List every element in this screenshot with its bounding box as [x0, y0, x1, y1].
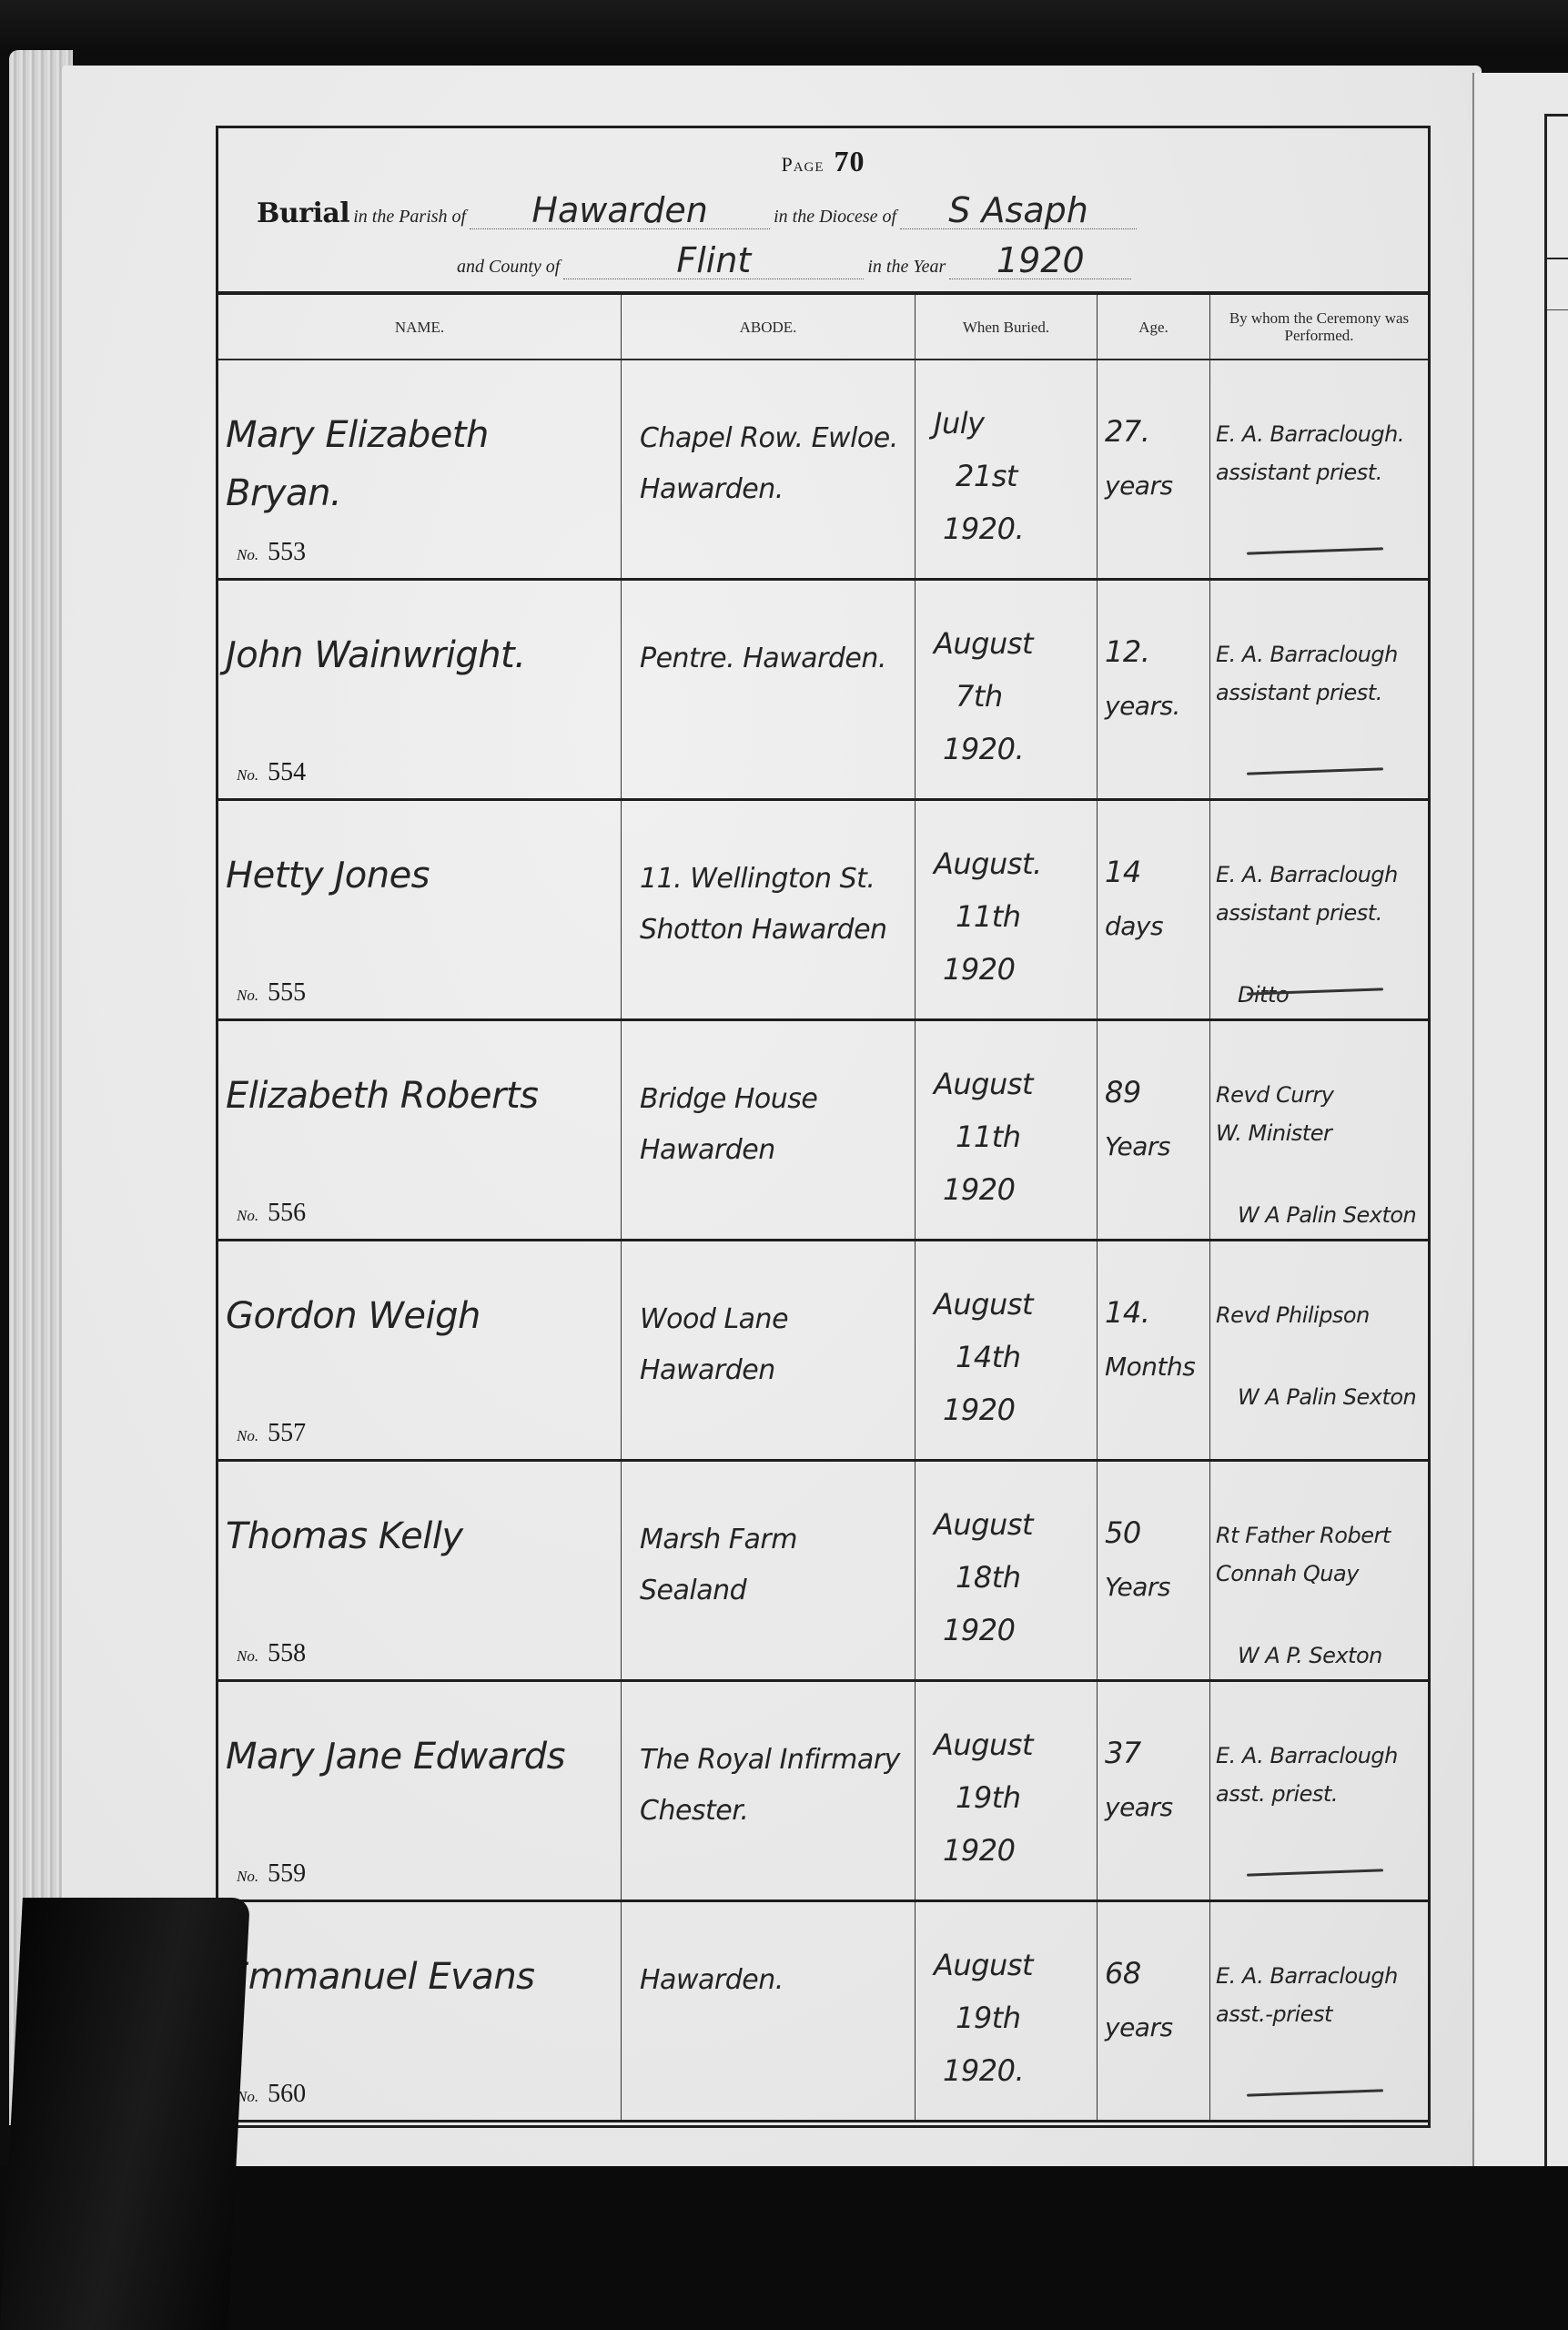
page-label: Page	[781, 153, 824, 176]
entry-number-label: No.	[237, 1207, 258, 1224]
deceased-name: Emmanuel Evans	[226, 1948, 613, 2006]
sexton: W A P. Sexton	[1216, 1636, 1426, 1675]
scanned-register-scene: Page 70 Burial in the Parish of Hawarden…	[0, 0, 1568, 2330]
burial-date: August14th1920	[934, 1278, 1093, 1436]
name-cell: John Wainwright. No.554	[218, 581, 622, 798]
table-row: Emmanuel Evans No.560 Hawarden. August19…	[218, 1902, 1428, 2122]
burial-year: 1920	[934, 1824, 1093, 1877]
entry-number: No.560	[237, 2080, 306, 2109]
burial-month: July	[934, 406, 985, 441]
burial-year: 1920.	[934, 2044, 1093, 2097]
age-value: 50	[1105, 1515, 1141, 1550]
sexton: W A Palin Sexton	[1216, 1196, 1426, 1234]
officiant-cell: E. A. Barracloughasst.-priest	[1210, 1902, 1428, 2120]
age-unit: Years	[1105, 1560, 1208, 1615]
table-row: Mary Elizabeth Bryan. No.553 Chapel Row.…	[218, 360, 1428, 581]
age-cell: 37years	[1098, 1682, 1210, 1899]
column-headers: NAME. ABODE. When Buried. Age. By whom t…	[218, 295, 1428, 360]
abode-cell: The Royal Infirmary Chester.	[622, 1682, 916, 1899]
burial-month: August	[934, 626, 1033, 661]
when-buried-cell: July21st1920.	[916, 360, 1098, 578]
officiant: E. A. Barracloughasst.-priest	[1216, 1957, 1426, 2077]
name-cell: Gordon Weigh No.557	[218, 1241, 622, 1459]
signature-underline	[1247, 547, 1383, 554]
officiant-cell: Revd CurryW. MinisterW A Palin Sexton	[1210, 1021, 1428, 1239]
age-cell: 14days	[1098, 801, 1210, 1018]
name-cell: Mary Jane Edwards No.559	[218, 1682, 622, 1899]
abode-cell: Wood Lane Hawarden	[622, 1241, 916, 1459]
register-entries: Mary Elizabeth Bryan. No.553 Chapel Row.…	[218, 360, 1428, 2122]
entry-number-value: 554	[268, 758, 306, 786]
age: 68years	[1105, 1946, 1208, 2055]
officiant: Rt Father RobertConnah QuayW A P. Sexton	[1216, 1516, 1426, 1675]
burial-month: August	[934, 1727, 1033, 1762]
officiant: E. A. Barracloughasst. priest.	[1216, 1737, 1426, 1857]
heading-line-parish: Burial in the Parish of Hawarden in the …	[257, 192, 1410, 247]
entry-number-label: No.	[237, 987, 258, 1004]
age-cell: 14.Months	[1098, 1241, 1210, 1459]
entry-number-label: No.	[237, 546, 258, 563]
when-buried-cell: August14th1920	[916, 1241, 1098, 1459]
officiant-name: E. A. Barraclough	[1216, 1963, 1398, 1989]
officiant-name: E. A. Barraclough.	[1216, 421, 1404, 447]
age-unit: Months	[1105, 1340, 1208, 1394]
county-label: and County of	[457, 257, 560, 277]
age-value: 68	[1105, 1956, 1141, 1991]
deceased-name: Thomas Kelly	[226, 1507, 613, 1565]
burial-date: August7th1920.	[934, 617, 1093, 775]
record-type: Burial	[257, 198, 349, 229]
burial-date: August18th1920	[934, 1498, 1093, 1656]
facing-page-rule	[1547, 309, 1568, 310]
heading-line-county: and County of Flint in the Year 1920	[457, 242, 1410, 297]
burial-year: 1920	[934, 943, 1093, 996]
entry-number-value: 556	[268, 1199, 306, 1227]
burial-date: August.11th1920	[934, 837, 1093, 996]
age-value: 14	[1105, 855, 1141, 889]
officiant-role: Connah Quay	[1216, 1555, 1426, 1593]
age-unit: Years	[1105, 1119, 1208, 1174]
officiant: Revd PhilipsonW A Palin Sexton	[1216, 1296, 1426, 1416]
abode-cell: Pentre. Hawarden.	[622, 581, 916, 798]
column-header-abode: ABODE.	[622, 295, 916, 359]
entry-number-value: 555	[268, 978, 306, 1007]
burial-month: August	[934, 1067, 1033, 1101]
officiant-role: assistant priest.	[1216, 453, 1426, 491]
burial-year: 1920	[934, 1163, 1093, 1216]
entry-number-value: 560	[268, 2080, 306, 2108]
age: 12.years.	[1105, 624, 1208, 734]
entry-number: No.558	[237, 1639, 306, 1668]
entry-number-label: No.	[237, 1427, 258, 1444]
age-value: 12.	[1105, 634, 1149, 669]
age: 37years	[1105, 1726, 1208, 1835]
signature-underline	[1247, 2089, 1383, 2096]
page-number-value: 70	[835, 145, 865, 177]
entry-number-label: No.	[237, 1868, 258, 1885]
entry-number-value: 553	[268, 538, 306, 566]
when-buried-cell: August11th1920	[916, 1021, 1098, 1239]
officiant-cell: E. A. Barracloughassistant priest.Ditto	[1210, 801, 1428, 1018]
officiant-cell: E. A. Barraclough.assistant priest.	[1210, 360, 1428, 578]
age: 27.years	[1105, 404, 1208, 513]
burial-date: August11th1920	[934, 1058, 1093, 1216]
when-buried-cell: August7th1920.	[916, 581, 1098, 798]
name-cell: Mary Elizabeth Bryan. No.553	[218, 360, 622, 578]
year-label: in the Year	[867, 257, 946, 277]
diocese-label: in the Diocese of	[774, 207, 896, 227]
burial-year: 1920.	[934, 502, 1093, 555]
entry-number: No.553	[237, 538, 306, 567]
name-cell: Emmanuel Evans No.560	[218, 1902, 622, 2120]
table-row: John Wainwright. No.554 Pentre. Hawarden…	[218, 581, 1428, 801]
entry-number-value: 557	[268, 1419, 306, 1447]
age-unit: years	[1105, 459, 1208, 513]
name-cell: Thomas Kelly No.558	[218, 1462, 622, 1679]
entry-number-label: No.	[237, 1647, 258, 1665]
officiant: E. A. Barraclough.assistant priest.	[1216, 415, 1426, 535]
name-cell: Hetty Jones No.555	[218, 801, 622, 1018]
burial-day: 21st	[934, 450, 1093, 502]
age-unit: days	[1105, 899, 1208, 954]
burial-year: 1920.	[934, 723, 1093, 775]
facing-page-rule	[1547, 258, 1568, 259]
column-header-name: NAME.	[218, 295, 622, 359]
officiant-name: Revd Curry	[1216, 1082, 1333, 1108]
deceased-name: Gordon Weigh	[226, 1287, 613, 1345]
table-row: Hetty Jones No.555 11. Wellington St. Sh…	[218, 801, 1428, 1021]
entry-number: No.555	[237, 978, 306, 1008]
page-number: Page 70	[218, 145, 1428, 178]
age-value: 27.	[1105, 414, 1149, 449]
burial-year: 1920	[934, 1604, 1093, 1656]
age: 14days	[1105, 845, 1208, 954]
table-row: Thomas Kelly No.558 Marsh Farm Sealand A…	[218, 1462, 1428, 1682]
deceased-name: Mary Elizabeth Bryan.	[226, 406, 613, 522]
county-value: Flint	[563, 242, 864, 279]
officiant-cell: Revd PhilipsonW A Palin Sexton	[1210, 1241, 1428, 1459]
deceased-name: Hetty Jones	[226, 846, 613, 905]
age: 14.Months	[1105, 1285, 1208, 1394]
abode-value: The Royal Infirmary Chester.	[640, 1735, 909, 1837]
burial-month: August	[934, 1507, 1033, 1542]
table-row: Elizabeth Roberts No.556 Bridge House Ha…	[218, 1021, 1428, 1241]
name-cell: Elizabeth Roberts No.556	[218, 1021, 622, 1239]
officiant-role: assistant priest.	[1216, 894, 1426, 932]
officiant-role: assistant priest.	[1216, 674, 1426, 712]
burial-day: 11th	[934, 890, 1093, 943]
signature-underline	[1247, 767, 1383, 775]
diocese-value: S Asaph	[900, 192, 1137, 229]
entry-number-value: 559	[268, 1859, 306, 1888]
sexton: W A Palin Sexton	[1216, 1378, 1426, 1416]
entry-number: No.557	[237, 1419, 306, 1448]
when-buried-cell: August.11th1920	[916, 801, 1098, 1018]
age-value: 89	[1105, 1075, 1141, 1109]
abode-value: Pentre. Hawarden.	[640, 633, 909, 684]
age-unit: years.	[1105, 679, 1208, 734]
age-cell: 68years	[1098, 1902, 1210, 2120]
officiant-name: E. A. Barraclough	[1216, 862, 1398, 887]
officiant-role: W. Minister	[1216, 1114, 1426, 1152]
burial-register-table: Page 70 Burial in the Parish of Hawarden…	[216, 126, 1431, 2128]
abode-value: Hawarden.	[640, 1955, 909, 2006]
book-strap	[0, 1898, 250, 2330]
abode-value: 11. Wellington St. Shotton Hawarden	[640, 854, 909, 956]
parish-label: in the Parish of	[353, 207, 466, 227]
deceased-name: Elizabeth Roberts	[226, 1067, 613, 1125]
entry-number: No.556	[237, 1199, 306, 1228]
abode-value: Wood Lane Hawarden	[640, 1294, 909, 1396]
parish-value: Hawarden	[470, 192, 770, 229]
signature-underline	[1247, 1869, 1383, 1876]
abode-value: Bridge House Hawarden	[640, 1074, 909, 1176]
age-cell: 12.years.	[1098, 581, 1210, 798]
officiant-name: Revd Philipson	[1216, 1302, 1370, 1328]
age-cell: 50Years	[1098, 1462, 1210, 1679]
age: 50Years	[1105, 1505, 1208, 1615]
burial-day: 14th	[934, 1331, 1093, 1383]
burial-day: 19th	[934, 1991, 1093, 2044]
officiant-role: asst. priest.	[1216, 1775, 1426, 1813]
abode-cell: Bridge House Hawarden	[622, 1021, 916, 1239]
facing-page-frame	[1544, 114, 1568, 2171]
year-value: 1920	[949, 242, 1131, 279]
abode-cell: Hawarden.	[622, 1902, 916, 2120]
column-header-when-buried: When Buried.	[916, 295, 1098, 359]
abode-cell: Marsh Farm Sealand	[622, 1462, 916, 1679]
when-buried-cell: August19th1920.	[916, 1902, 1098, 2120]
entry-number-label: No.	[237, 766, 258, 784]
burial-year: 1920	[934, 1383, 1093, 1436]
age: 89Years	[1105, 1065, 1208, 1174]
age-unit: years	[1105, 1780, 1208, 1835]
officiant-cell: E. A. Barracloughasst. priest.	[1210, 1682, 1428, 1899]
burial-day: 19th	[934, 1771, 1093, 1824]
entry-number-value: 558	[268, 1639, 306, 1667]
burial-date: August19th1920	[934, 1718, 1093, 1877]
officiant-cell: Rt Father RobertConnah QuayW A P. Sexton	[1210, 1462, 1428, 1679]
when-buried-cell: August19th1920	[916, 1682, 1098, 1899]
burial-day: 7th	[934, 670, 1093, 723]
entry-number: No.554	[237, 758, 306, 787]
deceased-name: Mary Jane Edwards	[226, 1727, 613, 1786]
table-row: Gordon Weigh No.557 Wood Lane Hawarden A…	[218, 1241, 1428, 1462]
burial-month: August.	[934, 846, 1042, 881]
table-surface	[0, 2166, 1568, 2330]
burial-month: August	[934, 1948, 1033, 1982]
abode-value: Chapel Row. Ewloe. Hawarden.	[640, 413, 909, 515]
age-cell: 27.years	[1098, 360, 1210, 578]
abode-cell: 11. Wellington St. Shotton Hawarden	[622, 801, 916, 1018]
officiant: E. A. Barracloughassistant priest.	[1216, 635, 1426, 755]
register-heading: Page 70 Burial in the Parish of Hawarden…	[218, 128, 1428, 295]
age-unit: years	[1105, 2001, 1208, 2055]
officiant-cell: E. A. Barracloughassistant priest.	[1210, 581, 1428, 798]
deceased-name: John Wainwright.	[226, 626, 613, 684]
table-row: Mary Jane Edwards No.559 The Royal Infir…	[218, 1682, 1428, 1902]
age-cell: 89Years	[1098, 1021, 1210, 1239]
officiant-name: Rt Father Robert	[1216, 1523, 1391, 1548]
column-header-by-whom: By whom the Ceremony was Performed.	[1210, 295, 1428, 359]
burial-day: 18th	[934, 1551, 1093, 1604]
abode-cell: Chapel Row. Ewloe. Hawarden.	[622, 360, 916, 578]
book-cover-edge	[0, 0, 1568, 55]
age-value: 14.	[1105, 1295, 1149, 1330]
officiant: Revd CurryW. MinisterW A Palin Sexton	[1216, 1076, 1426, 1234]
burial-month: August	[934, 1287, 1033, 1322]
officiant-name: E. A. Barraclough	[1216, 1743, 1398, 1768]
officiant-role: asst.-priest	[1216, 1995, 1426, 2033]
burial-date: July21st1920.	[934, 397, 1093, 555]
age-value: 37	[1105, 1736, 1141, 1770]
abode-value: Marsh Farm Sealand	[640, 1514, 909, 1616]
burial-date: August19th1920.	[934, 1939, 1093, 2097]
entry-number: No.559	[237, 1859, 306, 1889]
burial-day: 11th	[934, 1110, 1093, 1163]
column-header-age: Age.	[1098, 295, 1210, 359]
officiant-name: E. A. Barraclough	[1216, 642, 1398, 667]
when-buried-cell: August18th1920	[916, 1462, 1098, 1679]
